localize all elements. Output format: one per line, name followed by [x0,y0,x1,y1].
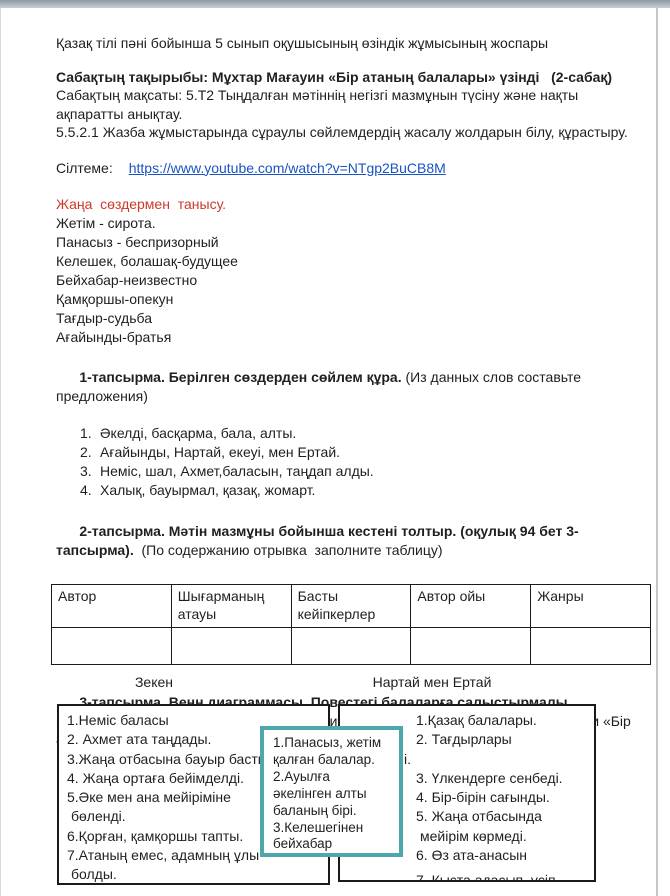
task2-heading: 2-тапсырма. Мәтін мазмұны бойынша кестен… [56,504,646,578]
vocabulary-heading: Жаңа сөздермен танысу. [56,195,646,214]
list-item: 2. Тағдырлары [416,730,594,749]
list-text: Халық, бауырмал, қазақ, жомарт. [100,482,315,498]
link-label: Сілтеме: [56,160,113,176]
vocab-item: Ағайынды-братья [56,328,646,347]
list-item: 1.Қазақ балалары. [416,711,594,730]
list-number: 4. [80,481,100,500]
link-line: Сілтеме:https://www.youtube.com/watch?v=… [56,159,646,178]
table-header-cell: Автор [52,584,172,627]
list-number: 3. [80,462,100,481]
table-header-cell: Басты кейіпкерлер [291,584,411,627]
vocab-item: Жетім - сирота. [56,214,646,233]
task2-heading-normal: (По содержанию отрывка заполните таблицу… [138,542,443,558]
task1-heading: 1-тапсырма. Берілген сөздерден сөйлем құ… [56,350,646,424]
venn-diagram-section: Зекен Нартай мен Ертай 1.Неміс баласы 2.… [0,660,670,896]
list-text: Әкелді, басқарма, бала, алты. [100,425,296,441]
list-item: 6. Өз ата-анасын [416,846,594,865]
vocab-item: Қамқоршы-опекун [56,290,646,309]
table-cell [52,627,172,664]
list-text: Неміс, шал, Ахмет,баласын, таңдап алды. [100,463,374,479]
list-item: 2.Ағайынды, Нартай, екеуі, мен Ертай. [80,443,646,462]
list-item: 4. Бір-бірін сағынды. [416,788,594,807]
list-item: 5. Жаңа отбасында [416,807,594,826]
task1-heading-bold: 1-тапсырма. Берілген сөздерден сөйлем құ… [79,369,401,385]
venn-right-label: Нартай мен Ертай [358,674,506,690]
window-top-bar [0,0,670,8]
vocabulary-list: Жетім - сирота. Панасыз - беспризорный К… [56,214,646,347]
vocab-item: Тағдыр-судьба [56,309,646,328]
occluded-text-fragment: і. [404,750,594,769]
list-number: 2. [80,443,100,462]
document-page: Қазақ тілі пәні бойынша 5 сынып оқушысын… [0,0,670,896]
vocab-item: Панасыз - беспризорный [56,233,646,252]
list-item: 7. Қыста адасып, үсіп [416,871,594,882]
venn-intersection-text: 1.Панасыз, жетім қалған балалар. 2.Ауылғ… [264,730,399,853]
list-item: 3.Неміс, шал, Ахмет,баласын, таңдап алды… [80,462,646,481]
table-cell [171,627,291,664]
task2-table: Автор Шығарманың атауы Басты кейіпкерлер… [51,584,651,665]
vocab-item: Бейхабар-неизвестно [56,271,646,290]
table-header-row: Автор Шығарманың атауы Басты кейіпкерлер… [52,584,651,627]
task1-list: 1.Әкелді, басқарма, бала, алты. 2.Ағайын… [80,424,646,500]
table-header-cell: Жанры [531,584,651,627]
table-cell [291,627,411,664]
venn-left-label: Зекен [98,674,210,690]
document-content: Қазақ тілі пәні бойынша 5 сынып оқушысын… [56,26,646,767]
list-item: 1.Әкелді, басқарма, бала, алты. [80,424,646,443]
document-title: Қазақ тілі пәні бойынша 5 сынып оқушысын… [56,34,646,53]
list-item: болды. [67,865,328,884]
table-row [52,627,651,664]
table-header-cell: Автор ойы [411,584,531,627]
table-header-cell: Шығарманың атауы [171,584,291,627]
list-item: 4.Халық, бауырмал, қазақ, жомарт. [80,481,646,500]
lesson-goal: Сабақтың мақсаты: 5.Т2 Тыңдалған мәтінні… [56,86,646,142]
lesson-topic: Сабақтың тақырыбы: Мұхтар Мағауин «Бір а… [56,68,646,87]
venn-intersection-box: 1.Панасыз, жетім қалған балалар. 2.Ауылғ… [260,726,403,857]
table-cell [411,627,531,664]
vocab-item: Келешек, болашақ-будущее [56,252,646,271]
table-cell [531,627,651,664]
list-item: 3. Үлкендерге сенбеді. [416,769,594,788]
list-number: 1. [80,424,100,443]
list-item: мейірім көрмеді. [416,827,594,846]
list-text: Ағайынды, Нартай, екеуі, мен Ертай. [100,444,340,460]
youtube-link[interactable]: https://www.youtube.com/watch?v=NTgp2BuC… [129,160,446,176]
